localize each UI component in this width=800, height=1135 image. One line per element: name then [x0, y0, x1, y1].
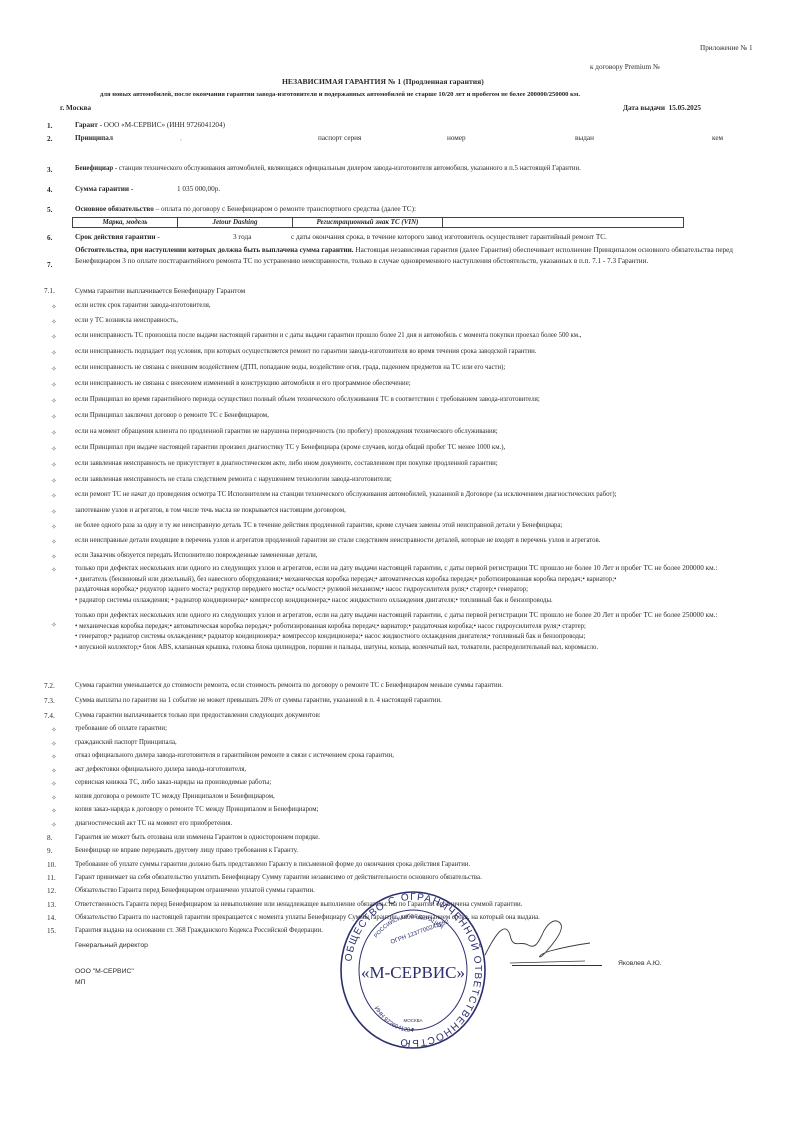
condition-item: если Принципал во время гарантийного пер…: [75, 396, 540, 404]
clause-number: 15.: [47, 927, 56, 936]
defects-20-intro: только при дефектах нескольких или одног…: [75, 610, 775, 622]
document-item: сервисная книжка ТС, либо заказ-наряды н…: [75, 779, 271, 787]
city: г. Москва: [60, 104, 91, 113]
bullet-icon: ✧: [51, 349, 57, 357]
clause-number: 7.2.: [44, 682, 55, 691]
section-number: 6.: [47, 234, 52, 243]
condition-item: если ремонт ТС не начат до проведения ос…: [75, 491, 617, 499]
document-item: отказ официального дилера завода-изготов…: [75, 752, 394, 760]
clause-number: 12.: [47, 887, 56, 896]
make-label: Марка, модель: [73, 218, 178, 228]
principal-name-placeholder: ,: [180, 134, 182, 143]
clause-number: 10.: [47, 861, 56, 870]
guarantor-label: Гарант -: [75, 121, 102, 129]
defects-20-line: • впускной коллектор;• блок ABS, клапанн…: [75, 643, 775, 654]
document-item: требование об оплате гарантии;: [75, 725, 167, 733]
bullet-icon: ✧: [51, 492, 57, 500]
issue-date-value: 15.05.2025: [669, 104, 701, 112]
bullet-icon: ✧: [51, 318, 57, 326]
section-number: 3.: [47, 166, 52, 175]
condition-item: если заявленная неисправность не присутс…: [75, 460, 498, 468]
condition-item: если неисправность ТС произошла после вы…: [75, 332, 582, 340]
bullet-icon: ✧: [51, 821, 57, 829]
passport-issued-label: выдан: [575, 134, 594, 143]
condition-item: если Принципал заключил договор о ремонт…: [75, 412, 269, 420]
document-subtitle: для новых автомобилей, после окончания г…: [100, 91, 580, 99]
document-item: копия заказ-наряда к договору о ремонте …: [75, 806, 318, 814]
bullet-icon: ✧: [51, 780, 57, 788]
guarantee-amount-value: 1 035 000,00р.: [177, 185, 220, 194]
issue-date: Дата выдачи 15.05.2025: [623, 104, 701, 113]
bullet-icon: ✧: [51, 553, 57, 561]
company-stamp-icon: ОБЩЕСТВО С ОГРАНИЧЕННОЙ ОТВЕТСТВЕННОСТЬЮ…: [338, 890, 488, 1050]
section-number: 2.: [47, 135, 52, 144]
clause-text: Требование об уплате суммы гарантии долж…: [75, 861, 470, 869]
section-number: 5.: [47, 206, 52, 215]
section-number: 7.: [47, 261, 52, 270]
passport-series-label: паспорт серия: [318, 134, 361, 143]
bullet-icon: ✧: [51, 740, 57, 748]
seal-mark: МП: [75, 979, 86, 987]
document-item: акт дефектовки официального дилера завод…: [75, 766, 246, 774]
vehicle-table: Марка, модель Jetour Dashing Регистрацио…: [72, 217, 684, 228]
validity-description: с даты окончания срока, в течение которо…: [291, 233, 607, 242]
circumstances-label: Обстоятельства, при наступлении которых …: [75, 246, 354, 254]
condition-item: не более одного раза за одну и ту же неи…: [75, 522, 562, 530]
clause-text: Гарантия выдана на основании ст. 368 Гра…: [75, 927, 323, 935]
svg-text:МОСКВА: МОСКВА: [404, 1018, 423, 1023]
beneficiary-value: станция технического обслуживания автомо…: [119, 165, 581, 172]
passport-issued-by-label: кем: [712, 134, 723, 143]
document-item: копия договора о ремонте ТС между Принци…: [75, 793, 275, 801]
signer-name: Яковлев А.Ю.: [618, 960, 662, 968]
svg-text:«М-СЕРВИС»: «М-СЕРВИС»: [361, 963, 465, 982]
defects-10-line: • двигатель (бензиновый или дизельный), …: [75, 575, 775, 586]
bullet-icon: ✧: [51, 397, 57, 405]
signatory-company: ООО "М-СЕРВИС": [75, 968, 134, 976]
bullet-icon: ✧: [51, 753, 57, 761]
bullet-icon: ✧: [51, 807, 57, 815]
appendix-label: Приложение № 1: [700, 44, 753, 53]
signature-scribble-icon: [480, 915, 600, 970]
condition-item: если Заказчик обязуется передать Исполни…: [75, 552, 317, 560]
document-item: диагностический акт ТС на момент его при…: [75, 820, 232, 828]
bullet-icon: ✧: [51, 726, 57, 734]
defects-20-block: только при дефектах нескольких или одног…: [75, 610, 775, 654]
clause-text: Сумма гарантии выплачивается только при …: [75, 712, 321, 720]
clause-number: 9.: [47, 847, 52, 856]
document-title: НЕЗАВИСИМАЯ ГАРАНТИЯ № 1 (Продленная гар…: [282, 77, 484, 86]
bullet-icon: ✧: [51, 477, 57, 485]
bullet-icon: ✧: [51, 538, 57, 546]
contract-reference: к договору Premium №: [590, 63, 660, 72]
bullet-icon: ✧: [51, 365, 57, 373]
validity-value: 3 года: [233, 233, 251, 242]
bullet-icon: ✧: [51, 429, 57, 437]
principal-label: Принципал: [75, 134, 113, 143]
clause-number: 11.: [47, 874, 56, 883]
condition-item: если неисправные детали входящие в переч…: [75, 537, 600, 545]
section-number: 7.1.: [44, 287, 55, 296]
clause-text: Сумма гарантии уменьшается до стоимости …: [75, 682, 503, 690]
condition-item: если истек срок гарантии завода-изготови…: [75, 302, 211, 310]
condition-item: если неисправность подпадает под условия…: [75, 348, 536, 356]
section-number: 1.: [47, 122, 52, 131]
clause-7-1-text: Сумма гарантии выплачивается Бенефициару…: [75, 287, 245, 296]
reg-value: [443, 218, 684, 228]
defects-10-intro: только при дефектах нескольких или одног…: [75, 563, 775, 575]
main-obligation-label: Основное обязательство: [75, 205, 154, 213]
svg-text:*: *: [412, 1028, 415, 1034]
bullet-icon: ✧: [51, 413, 57, 421]
defects-20-line: • генератор;• радиатор системы охлаждени…: [75, 632, 775, 643]
condition-item: если у ТС возникла неисправность,: [75, 317, 178, 325]
condition-item: если неисправность не связана с внешним …: [75, 364, 505, 372]
bullet-icon: ✧: [51, 381, 57, 389]
condition-item: если Принципал при выдаче настоящей гара…: [75, 444, 505, 452]
reg-label: Регистрационный знак ТС (VIN): [293, 218, 443, 228]
svg-text:ОГРН 1237700242262: ОГРН 1237700242262: [390, 919, 450, 946]
condition-item: запотевание узлов и агрегатов, в том чис…: [75, 507, 346, 515]
main-obligation-value: – оплата по договору с Бенефициаром о ре…: [156, 205, 416, 213]
clause-number: 7.3.: [44, 697, 55, 706]
defects-10-line: • радиатор системы охлаждения; • радиато…: [75, 596, 775, 607]
bullet-icon: ✧: [51, 445, 57, 453]
condition-item: если заявленная неисправность не стала с…: [75, 476, 392, 484]
clause-number: 13.: [47, 901, 56, 910]
beneficiary-label: Бенефициар -: [75, 165, 117, 172]
defects-10-block: только при дефектах нескольких или одног…: [75, 563, 775, 607]
make-value: Jetour Dashing: [178, 218, 293, 228]
bullet-icon: ✧: [51, 767, 57, 775]
bullet-icon: ✧: [51, 566, 57, 574]
clause-text: Сумма выплаты по гарантии на 1 событие н…: [75, 697, 442, 705]
condition-item: если неисправность не связана с внесение…: [75, 380, 411, 388]
guarantor-row: Гарант - ООО «М-СЕРВИС» (ИНН 9726041204): [75, 121, 225, 130]
circumstances-paragraph: Обстоятельства, при наступлении которых …: [75, 245, 775, 267]
beneficiary-row: Бенефициар - станция технического обслуж…: [75, 165, 581, 173]
clause-text: Бенефициар не вправе передавать другому …: [75, 847, 298, 855]
clause-text: Гарант принимает на себя обязательство у…: [75, 874, 482, 882]
defects-20-line: • механическая коробка передач;• автомат…: [75, 622, 775, 633]
main-obligation-row: Основное обязательство – оплата по догов…: [75, 205, 416, 214]
clause-text: Гарантия не может быть отозвана или изме…: [75, 834, 320, 842]
clause-number: 14.: [47, 914, 56, 923]
defects-10-line: раздаточная коробка;• редуктор заднего м…: [75, 585, 775, 596]
bullet-icon: ✧: [51, 794, 57, 802]
bullet-icon: ✧: [51, 621, 57, 629]
passport-number-label: номер: [447, 134, 466, 143]
issue-date-label: Дата выдачи: [623, 104, 665, 112]
bullet-icon: ✧: [51, 333, 57, 341]
validity-label: Срок действия гарантии -: [75, 233, 160, 242]
guarantor-value: ООО «М-СЕРВИС» (ИНН 9726041204): [104, 121, 225, 129]
signatory-position: Генеральный директор: [75, 942, 148, 950]
section-number: 4.: [47, 186, 52, 195]
clause-number: 7.4.: [44, 712, 55, 721]
guarantee-amount-label: Сумма гарантии -: [75, 185, 133, 194]
condition-item: если на момент обращения клиента по прод…: [75, 428, 498, 436]
bullet-icon: ✧: [51, 461, 57, 469]
document-item: гражданский паспорт Принципала,: [75, 739, 177, 747]
bullet-icon: ✧: [51, 523, 57, 531]
clause-number: 8.: [47, 834, 52, 843]
clause-text: Обязательство Гаранта перед Бенефициаром…: [75, 887, 315, 895]
bullet-icon: ✧: [51, 508, 57, 516]
bullet-icon: ✧: [51, 303, 57, 311]
